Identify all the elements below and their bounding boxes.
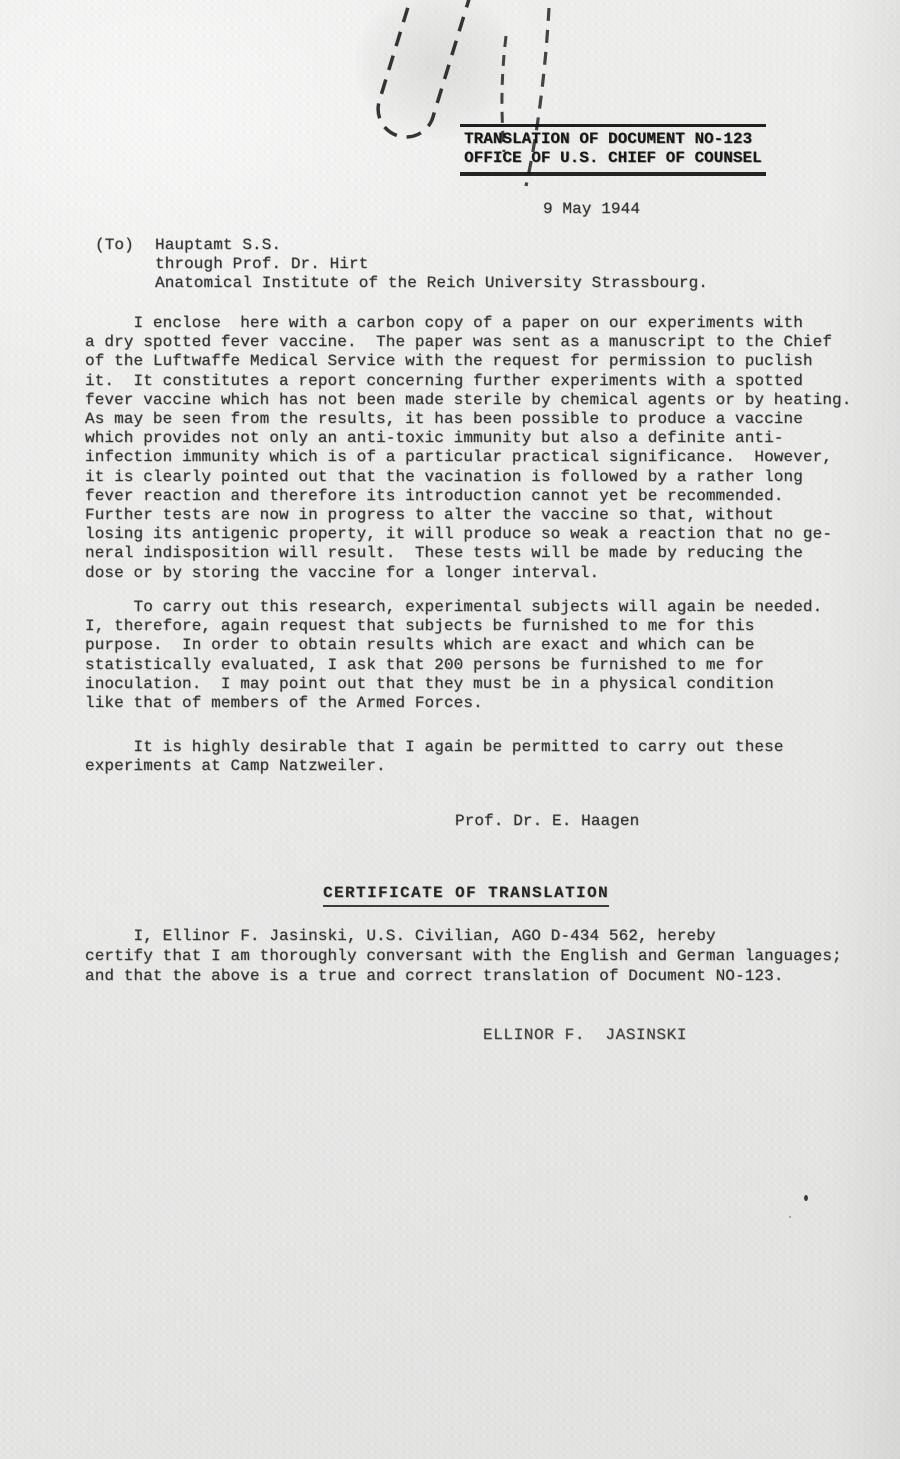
author-signature: Prof. Dr. E. Haagen: [455, 812, 639, 831]
recipient-lines: Hauptamt S.S. through Prof. Dr. Hirt Ana…: [155, 236, 708, 294]
paper-grain-texture: [0, 0, 900, 1459]
ink-speck: [789, 1216, 791, 1218]
stamp-line2: OFFICE OF U.S. CHIEF OF COUNSEL: [464, 149, 762, 168]
letter-paragraph-2: To carry out this research, experimental…: [85, 598, 885, 713]
date-line: 9 May 1944: [543, 200, 640, 219]
translator-signature: ELLINOR F. JASINSKI: [483, 1026, 687, 1045]
letter-paragraph-1: I enclose here with a carbon copy of a p…: [85, 314, 885, 583]
paperclip-smudge: [355, 0, 515, 140]
address-block: (To) Hauptamt S.S. through Prof. Dr. Hir…: [95, 236, 708, 294]
letter-paragraph-3: It is highly desirable that I again be p…: [85, 738, 885, 776]
certificate-title: CERTIFICATE OF TRANSLATION: [323, 884, 609, 907]
stamp-line1: TRANSLATION OF DOCUMENT NO-123: [464, 130, 762, 149]
to-label: (To): [95, 236, 155, 294]
certificate-body: I, Ellinor F. Jasinski, U.S. Civilian, A…: [85, 926, 895, 986]
translation-stamp: TRANSLATION OF DOCUMENT NO-123OFFICE OF …: [460, 124, 766, 176]
scanned-document-page: TRANSLATION OF DOCUMENT NO-123OFFICE OF …: [0, 0, 900, 1459]
ink-speck: [804, 1195, 808, 1201]
